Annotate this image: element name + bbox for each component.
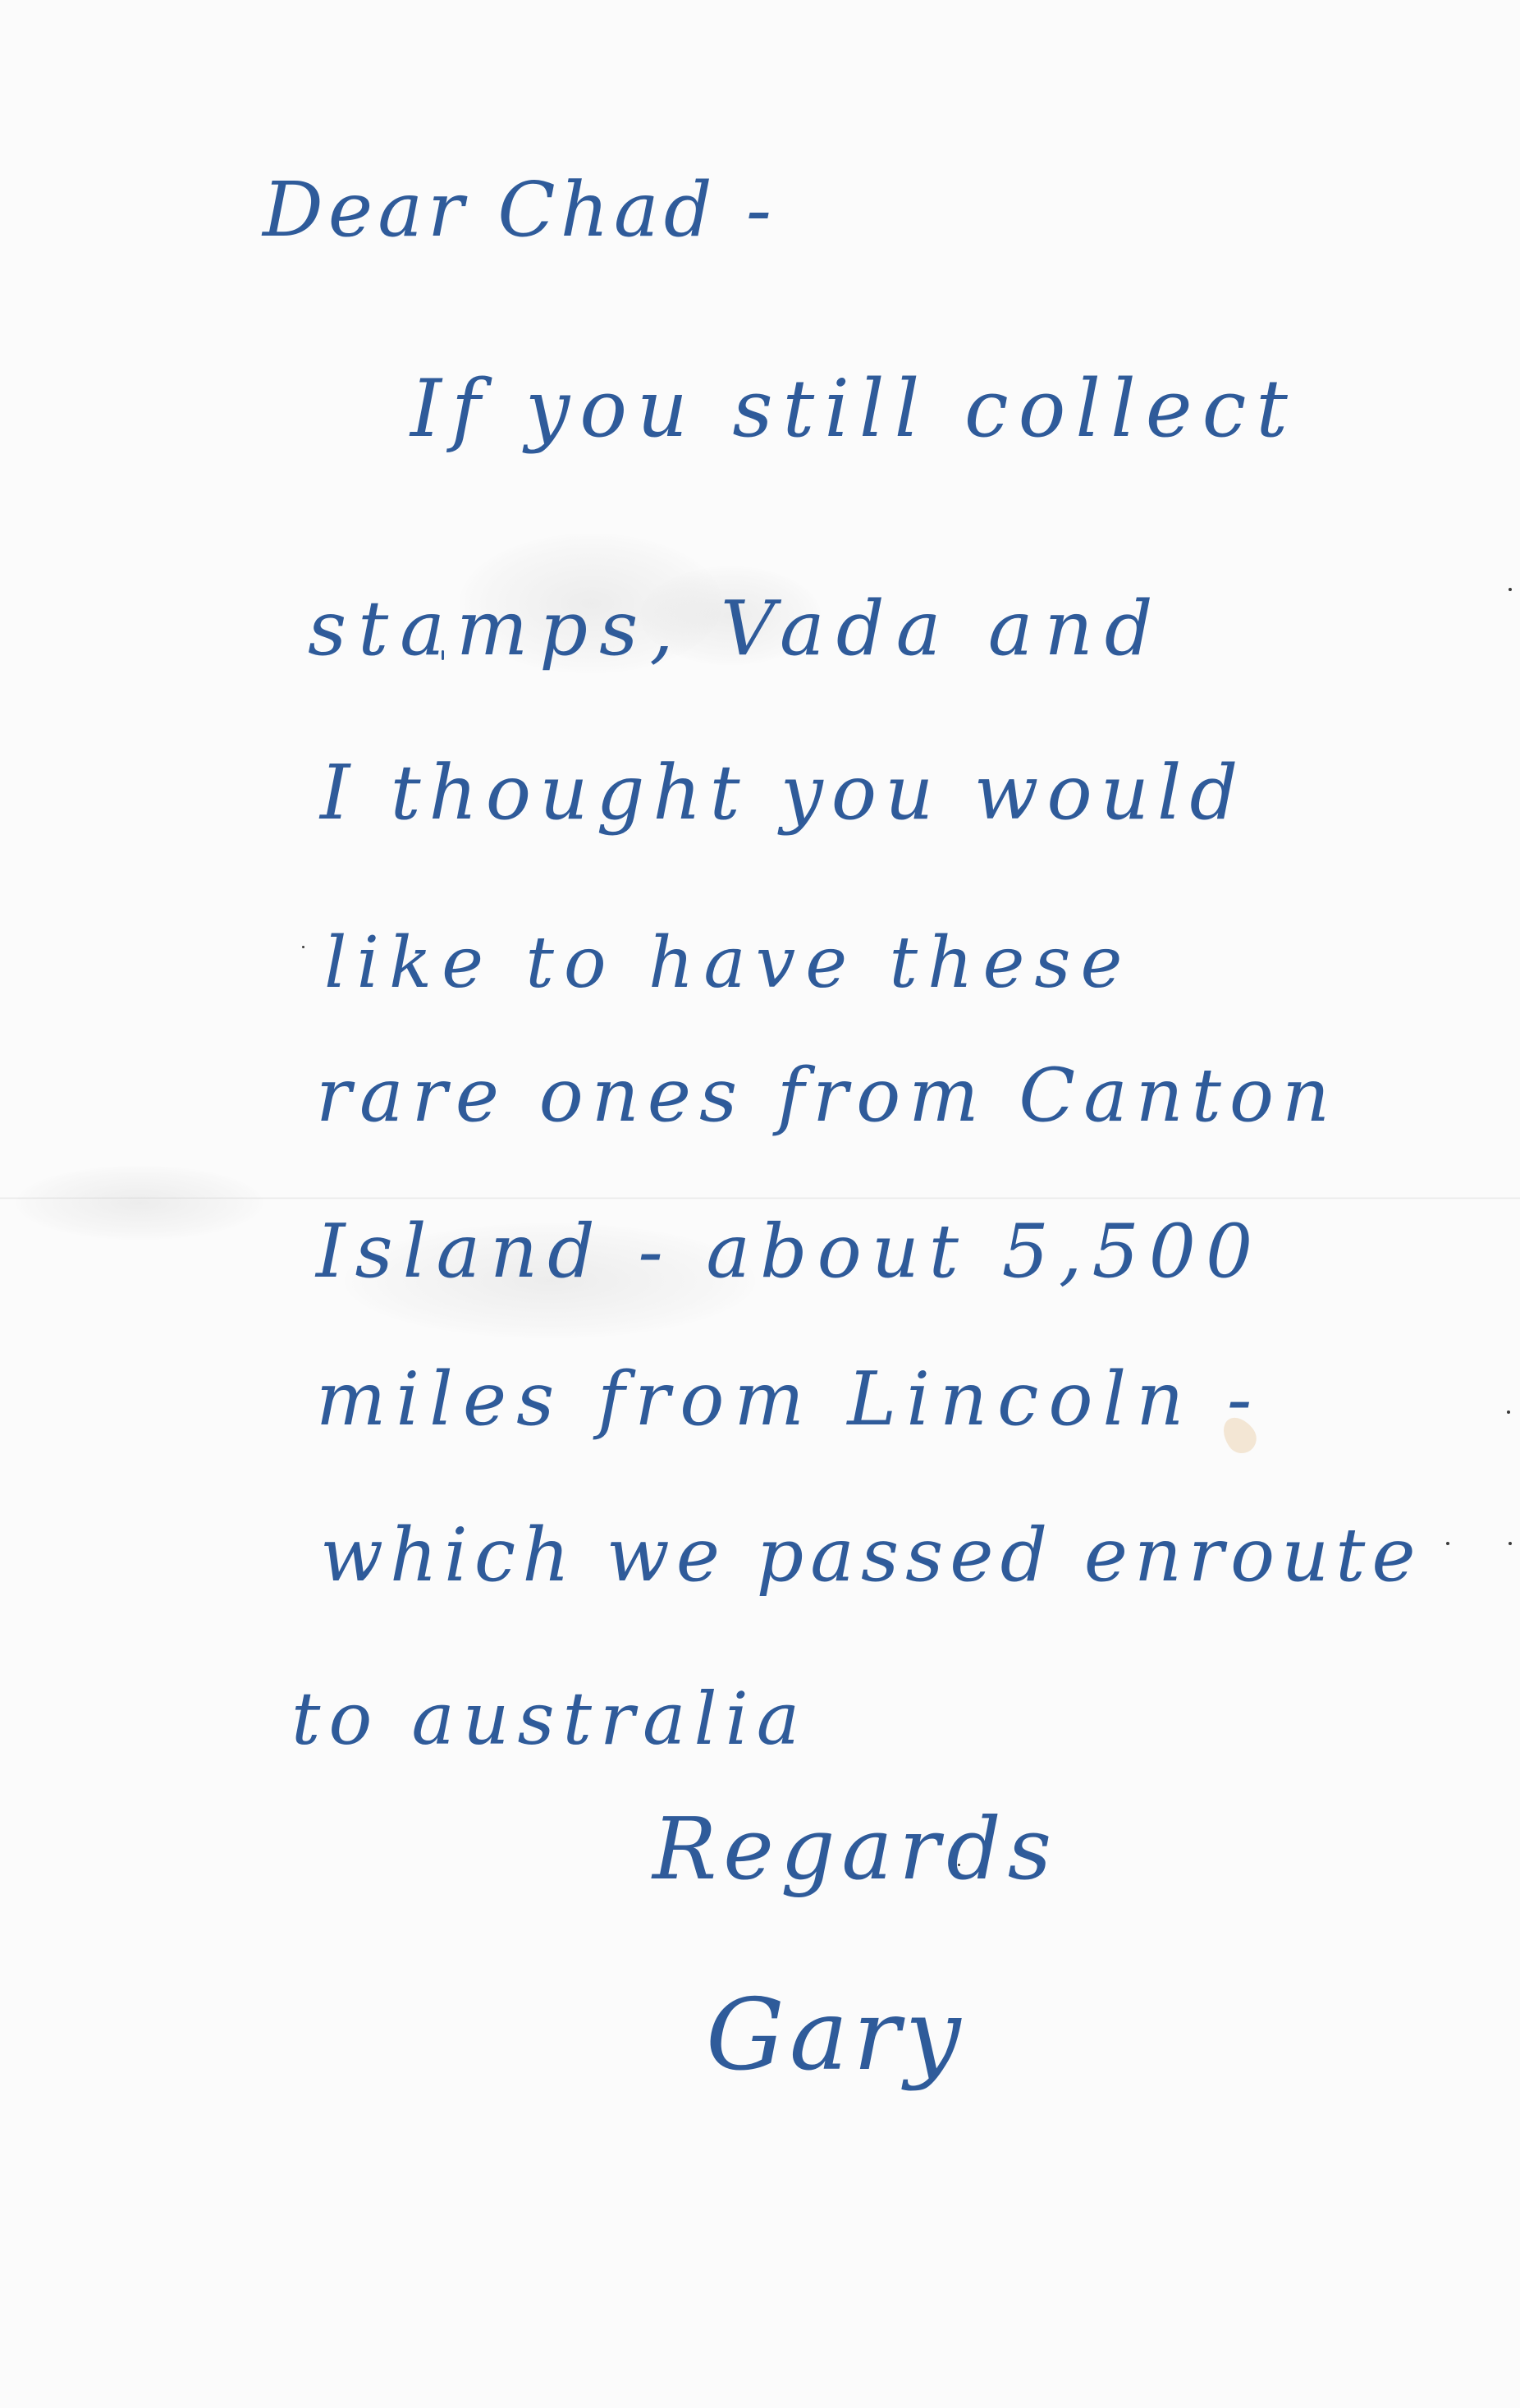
fold-crease — [0, 1197, 1520, 1199]
body-line-3: I thought you would — [320, 755, 1246, 831]
body-line-4: like to have these — [324, 928, 1132, 998]
body-line-5: rare ones from Canton — [316, 1059, 1338, 1133]
letter-page: Dear Chad - If you still collect stamps,… — [0, 0, 1520, 2408]
paper-speck — [1509, 1542, 1512, 1545]
signature: Gary — [706, 1987, 966, 2085]
paper-smudge — [16, 1166, 263, 1240]
paper-speck — [1509, 588, 1512, 591]
body-line-1: If you still collect — [410, 369, 1298, 448]
body-line-7: miles from Lincoln - — [316, 1363, 1261, 1437]
body-line-9: to australia — [291, 1683, 808, 1755]
body-line-2: stamps, Vada and — [308, 591, 1165, 667]
body-line-8: which we passed enroute — [320, 1519, 1422, 1593]
paper-speck — [1507, 1410, 1510, 1414]
closing: Regards — [652, 1806, 1058, 1892]
paper-speck — [302, 946, 304, 948]
body-line-6: Island - about 5,500 — [316, 1215, 1262, 1289]
salutation: Dear Chad - — [263, 172, 776, 248]
paper-speck — [1446, 1542, 1449, 1545]
